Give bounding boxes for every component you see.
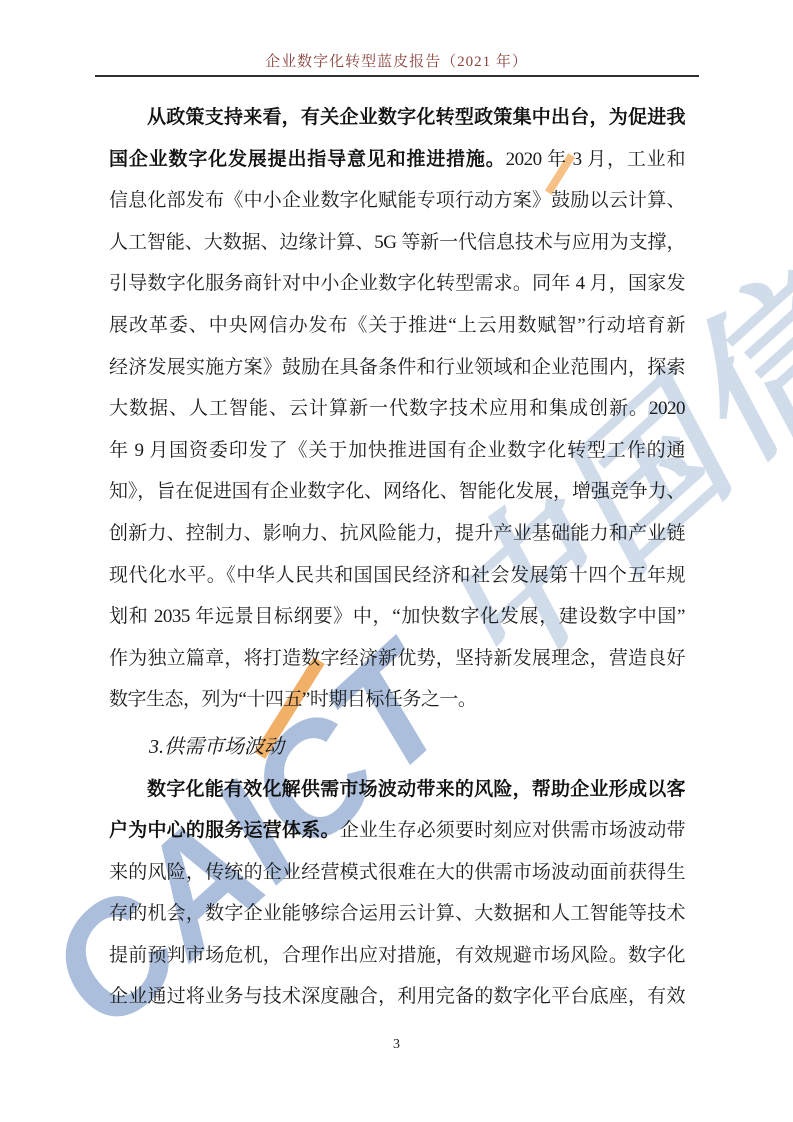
regular-text-segment: 展改革委、中央网信办发布《关于推进“上云用数赋智”行动培育新 (109, 315, 685, 336)
regular-text-segment: 现代化水平。《中华人民共和国国民经济和社会发展第十四个五年规 (109, 565, 685, 586)
regular-text-segment: 提前预判市场危机，合理作出应对措施，有效规避市场风险。数字化 (109, 945, 685, 966)
bold-text-segment: 国企业数字化发展提出指导意见和推进措施。 (109, 149, 506, 170)
text-line: 从政策支持来看，有关企业数字化转型政策集中出台，为促进我 (109, 97, 685, 139)
regular-text-segment: 作为独立篇章，将打造数字经济新优势，坚持新发展理念，营造良好 (109, 648, 685, 669)
text-line: 引导数字化服务商针对中小企业数字化转型需求。同年 4 月，国家发 (109, 263, 685, 305)
regular-text-segment: 知》，旨在促进国有企业数字化、网络化、智能化发展，增强竞争力、 (109, 481, 685, 502)
regular-text-segment: 引导数字化服务商针对中小企业数字化转型需求。同年 4 月，国家发 (109, 273, 685, 294)
regular-text-segment: 人工智能、大数据、边缘计算、5G 等新一代信息技术与应用为支撑， (109, 232, 685, 253)
paragraph-market-fluctuation: 数字化能有效化解供需市场波动带来的风险，帮助企业形成以客户为中心的服务运营体系。… (109, 769, 685, 1019)
regular-text-segment: 经济发展实施方案》鼓励在具备条件和行业领域和企业范围内，探索 (109, 357, 685, 378)
text-line: 年 9 月国资委印发了《关于加快推进国有企业数字化转型工作的通 (109, 430, 685, 472)
text-line: 作为独立篇章，将打造数字经济新优势，坚持新发展理念，营造良好 (109, 638, 685, 680)
document-page: CAICT中国信通院 企业数字化转型蓝皮报告（2021 年） 从政策支持来看，有… (0, 0, 793, 1122)
regular-text-segment: 信息化部发布《中小企业数字化赋能专项行动方案》鼓励以云计算、 (109, 190, 685, 211)
text-line: 数字化能有效化解供需市场波动带来的风险，帮助企业形成以客 (109, 769, 685, 811)
page-number: 3 (393, 1037, 400, 1052)
text-line: 户为中心的服务运营体系。企业生存必须要时刻应对供需市场波动带 (109, 810, 685, 852)
regular-text-segment: 大数据、人工智能、云计算新一代数字技术应用和集成创新。2020 (109, 398, 685, 419)
regular-text-segment: 划和 2035 年远景目标纲要》中，“加快数字化发展，建设数字中国” (109, 606, 685, 627)
text-line: 人工智能、大数据、边缘计算、5G 等新一代信息技术与应用为支撑， (109, 222, 685, 264)
regular-text-segment: 数字生态，列为“十四五”时期目标任务之一。 (109, 689, 476, 710)
text-line: 数字生态，列为“十四五”时期目标任务之一。 (109, 679, 685, 721)
regular-text-segment: 来的风险，传统的企业经营模式很难在大的供需市场波动面前获得生 (109, 862, 685, 883)
regular-text-segment: 存的机会，数字企业能够综合运用云计算、大数据和人工智能等技术 (109, 903, 685, 924)
text-line: 经济发展实施方案》鼓励在具备条件和行业领域和企业范围内，探索 (109, 347, 685, 389)
section-heading: 3.供需市场波动 (109, 727, 685, 769)
regular-text-segment: 年 9 月国资委印发了《关于加快推进国有企业数字化转型工作的通 (109, 440, 685, 461)
text-line: 存的机会，数字企业能够综合运用云计算、大数据和人工智能等技术 (109, 893, 685, 935)
text-line: 提前预判市场危机，合理作出应对措施，有效规避市场风险。数字化 (109, 935, 685, 977)
page-footer: 3 (0, 1037, 793, 1053)
report-header-title: 企业数字化转型蓝皮报告（2021 年） (0, 50, 793, 71)
text-line: 大数据、人工智能、云计算新一代数字技术应用和集成创新。2020 (109, 388, 685, 430)
text-line: 创新力、控制力、影响力、抗风险能力，提升产业基础能力和产业链 (109, 513, 685, 555)
regular-text-segment: 企业生存必须要时刻应对供需市场波动带 (340, 820, 685, 841)
text-line: 划和 2035 年远景目标纲要》中，“加快数字化发展，建设数字中国” (109, 596, 685, 638)
text-line: 现代化水平。《中华人民共和国国民经济和社会发展第十四个五年规 (109, 555, 685, 597)
document-body: 从政策支持来看，有关企业数字化转型政策集中出台，为促进我国企业数字化发展提出指导… (109, 97, 685, 1018)
text-line: 来的风险，传统的企业经营模式很难在大的供需市场波动面前获得生 (109, 852, 685, 894)
text-line: 知》，旨在促进国有企业数字化、网络化、智能化发展，增强竞争力、 (109, 471, 685, 513)
text-line: 展改革委、中央网信办发布《关于推进“上云用数赋智”行动培育新 (109, 305, 685, 347)
bold-text-segment: 数字化能有效化解供需市场波动带来的风险，帮助企业形成以客 (147, 779, 685, 800)
bold-text-segment: 户为中心的服务运营体系。 (109, 820, 340, 841)
paragraph-policy-support: 从政策支持来看，有关企业数字化转型政策集中出台，为促进我国企业数字化发展提出指导… (109, 97, 685, 721)
text-line: 信息化部发布《中小企业数字化赋能专项行动方案》鼓励以云计算、 (109, 180, 685, 222)
bold-text-segment: 从政策支持来看，有关企业数字化转型政策集中出台，为促进我 (147, 107, 685, 128)
text-line: 国企业数字化发展提出指导意见和推进措施。2020 年 3 月，工业和 (109, 139, 685, 181)
header-divider (95, 75, 699, 77)
text-line: 企业通过将业务与技术深度融合，利用完备的数字化平台底座，有效 (109, 976, 685, 1018)
regular-text-segment: 创新力、控制力、影响力、抗风险能力，提升产业基础能力和产业链 (109, 523, 685, 544)
regular-text-segment: 2020 年 3 月，工业和 (506, 149, 685, 170)
regular-text-segment: 企业通过将业务与技术深度融合，利用完备的数字化平台底座，有效 (109, 986, 685, 1007)
